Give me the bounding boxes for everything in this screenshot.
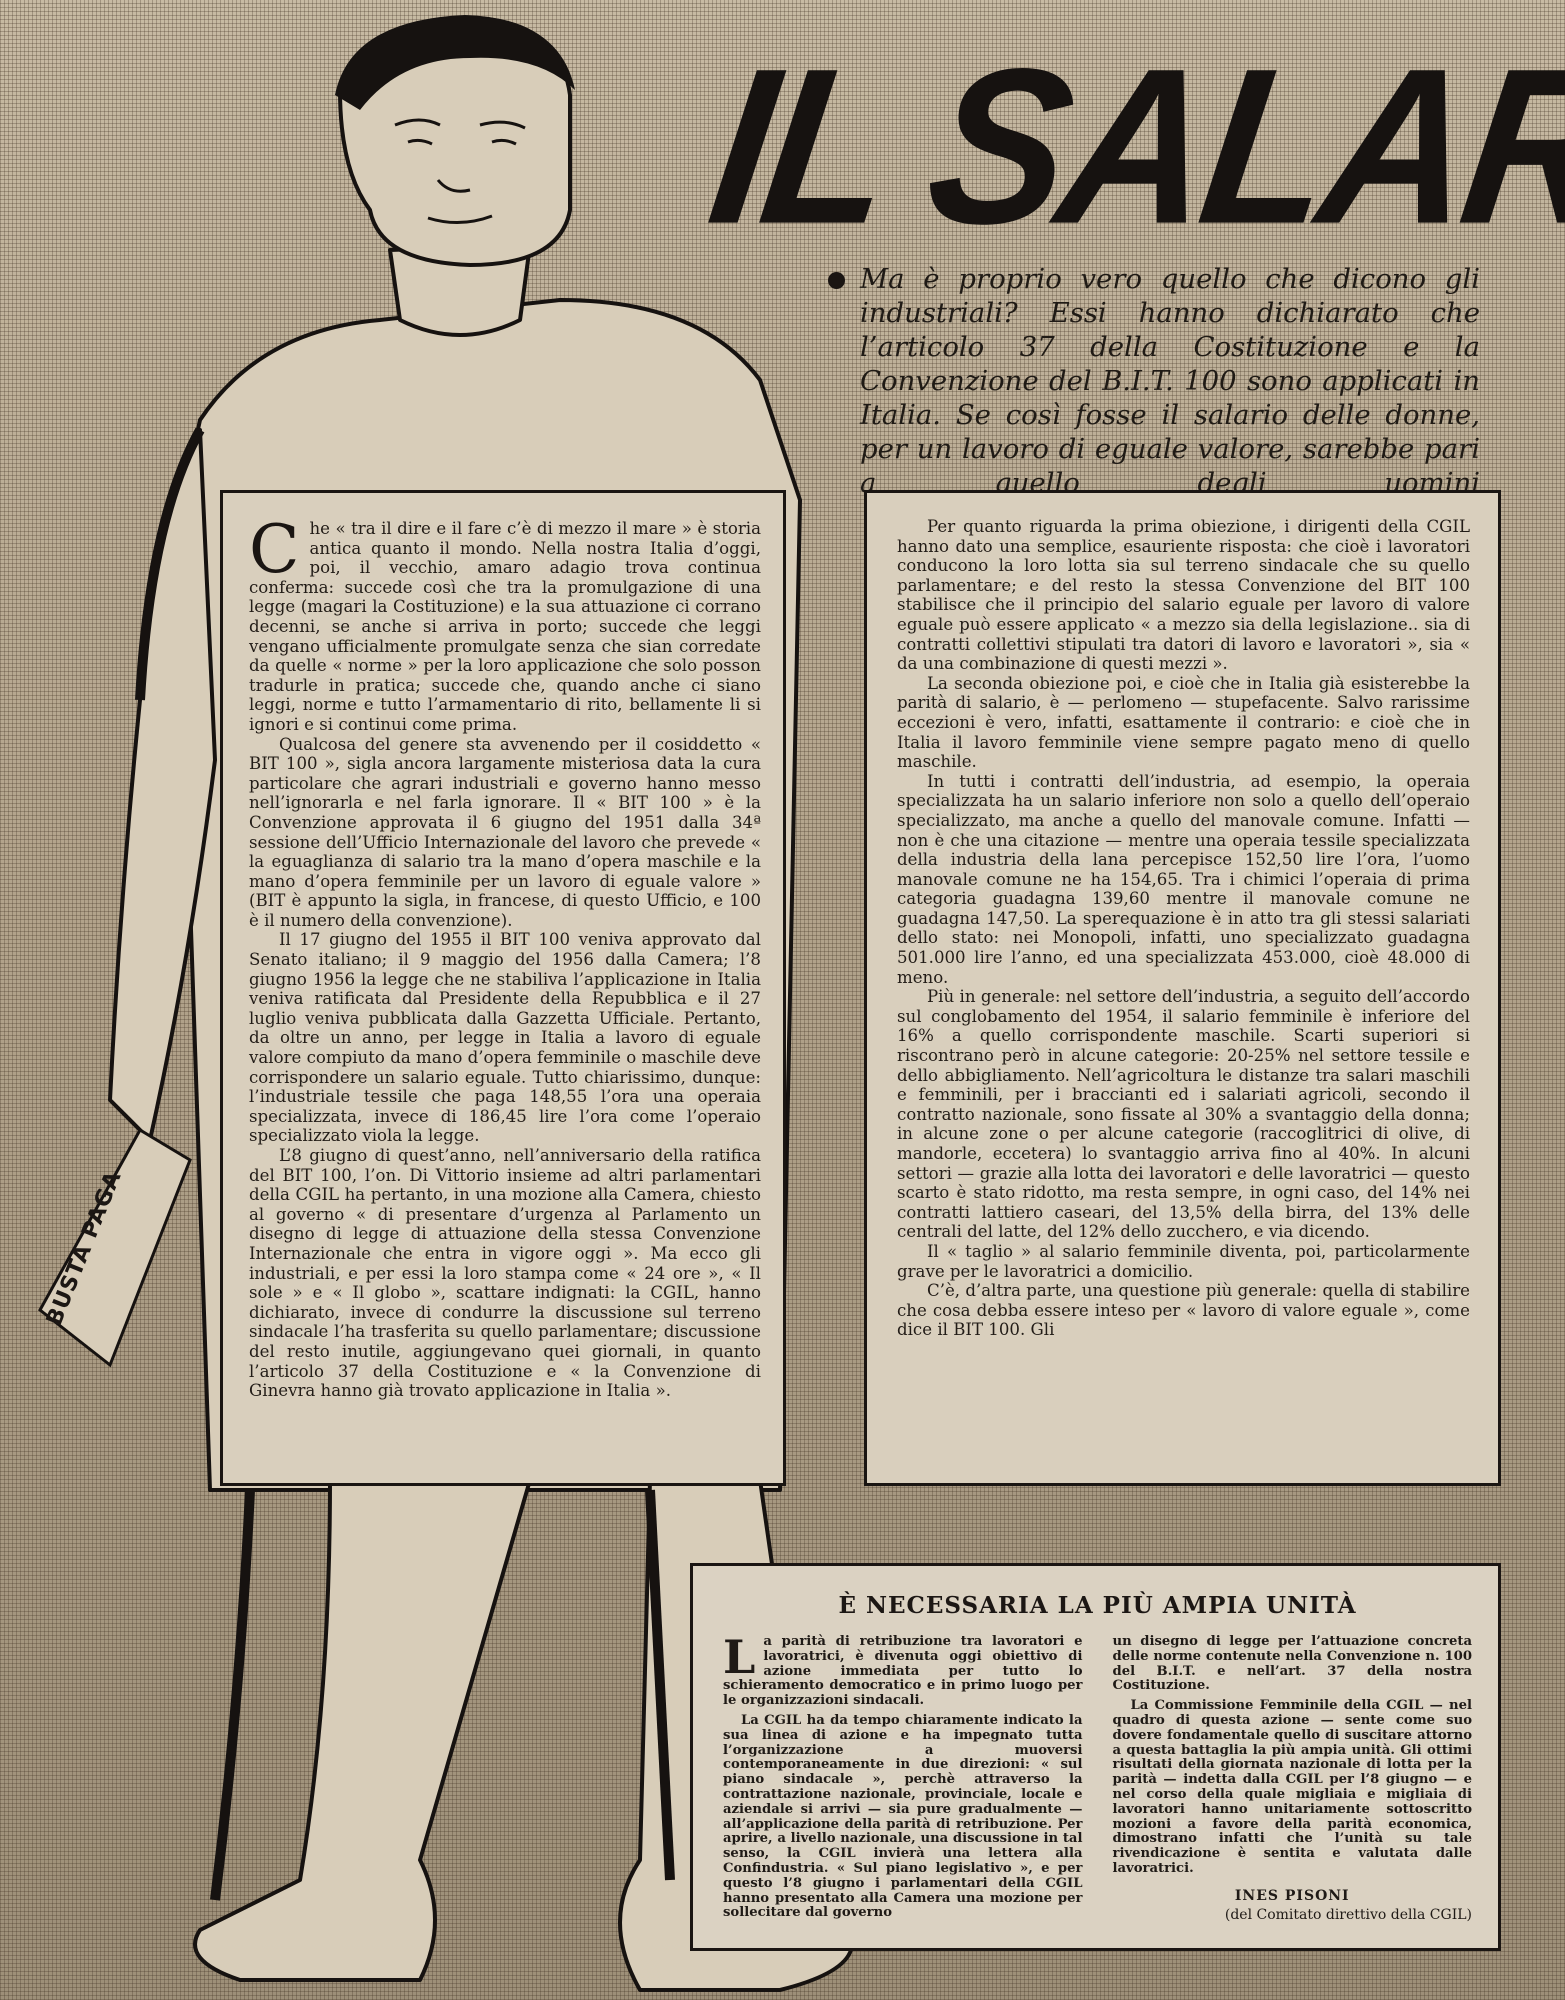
paragraph: un disegno di legge per l’attuazione con… bbox=[1113, 1635, 1473, 1694]
paragraph: Il « taglio » al salario femminile diven… bbox=[897, 1242, 1470, 1281]
paragraph: Qualcosa del genere sta avvenendo per il… bbox=[249, 735, 761, 931]
paragraph: L’8 giugno di quest’anno, nell’anniversa… bbox=[249, 1146, 761, 1401]
paragraph: Per quanto riguarda la prima obiezione, … bbox=[897, 517, 1470, 674]
bullet-icon bbox=[828, 272, 845, 289]
author-role: (del Comitato direttivo della CGIL) bbox=[1113, 1908, 1473, 1923]
lead-text: Ma è proprio vero quello che dicono gli … bbox=[830, 262, 1480, 500]
lead-paragraph: Ma è proprio vero quello che dicono gli … bbox=[830, 262, 1480, 500]
headline: IL SALARIO bbox=[700, 39, 1520, 255]
paragraph: C’è, d’altra parte, una questione più ge… bbox=[897, 1281, 1470, 1340]
paragraph: In tutti i contratti dell’industria, ad … bbox=[897, 772, 1470, 988]
paragraph: La parità di retribuzione tra lavoratori… bbox=[723, 1635, 1083, 1709]
author-name: INES PISONI bbox=[1113, 1889, 1473, 1904]
dropcap: C bbox=[249, 523, 300, 577]
dropcap: L bbox=[723, 1637, 755, 1677]
sidebar-column-1: La parità di retribuzione tra lavoratori… bbox=[723, 1635, 1083, 1922]
article-column-left: Che « tra il dire e il fare c’è di mezzo… bbox=[220, 490, 786, 1486]
paragraph: Più in generale: nel settore dell’indust… bbox=[897, 987, 1470, 1242]
paragraph: La seconda obiezione poi, e cioè che in … bbox=[897, 674, 1470, 772]
paragraph: Il 17 giugno del 1955 il BIT 100 veniva … bbox=[249, 930, 761, 1146]
paragraph: Che « tra il dire e il fare c’è di mezzo… bbox=[249, 519, 761, 735]
sidebar-box: È NECESSARIA LA PIÙ AMPIA UNITÀ La parit… bbox=[690, 1563, 1501, 1951]
pay-envelope-label: BUSTA PAGA bbox=[42, 1167, 127, 1329]
sidebar-title: È NECESSARIA LA PIÙ AMPIA UNITÀ bbox=[723, 1592, 1472, 1619]
sidebar-column-2: un disegno di legge per l’attuazione con… bbox=[1113, 1635, 1473, 1922]
paragraph: La Commissione Femminile della CGIL — ne… bbox=[1113, 1699, 1473, 1877]
article-column-right: Per quanto riguarda la prima obiezione, … bbox=[864, 490, 1501, 1486]
paragraph: La CGIL ha da tempo chiaramente indicato… bbox=[723, 1714, 1083, 1921]
